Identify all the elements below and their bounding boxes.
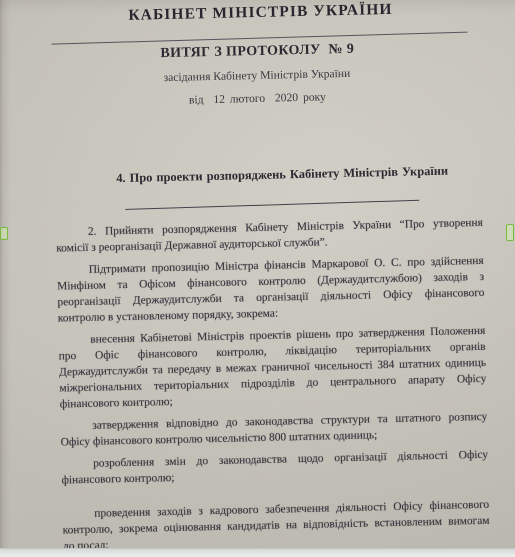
photo-bottom-edge	[0, 548, 515, 557]
paragraph: внесення Кабінетові Міністрів проектів р…	[58, 323, 487, 413]
selection-handle-left[interactable]	[0, 227, 8, 240]
paragraph: Підтримати пропозицію Міністра фінансів …	[57, 253, 485, 327]
meeting-subtitle: засідання Кабінету Міністрів України	[0, 63, 510, 88]
org-title: КАБІНЕТ МІНІСТРІВ УКРАЇНИ	[0, 0, 509, 28]
paragraph: затвердження відповідно до законодавства…	[60, 409, 488, 451]
paragraph: проведення заходів з кадрового забезпече…	[62, 485, 490, 555]
section-underline	[125, 200, 419, 210]
scanned-document-content: КАБІНЕТ МІНІСТРІВ УКРАЇНИ ВИТЯГ З ПРОТОК…	[0, 0, 515, 557]
paragraph: розроблення змін до законодавства щодо о…	[61, 447, 489, 489]
document-page: КАБІНЕТ МІНІСТРІВ УКРАЇНИ ВИТЯГ З ПРОТОК…	[0, 0, 515, 557]
paragraph: 2. Прийняти розпорядження Кабінету Мініс…	[56, 215, 484, 257]
document-body: 2. Прийняти розпорядження Кабінету Мініс…	[56, 215, 491, 557]
date-line: від 12 лютого 2020 року	[0, 86, 511, 111]
selection-handle-right[interactable]	[506, 224, 514, 241]
section-heading: 4. Про проекти розпоряджень Кабінету Мін…	[0, 162, 513, 189]
